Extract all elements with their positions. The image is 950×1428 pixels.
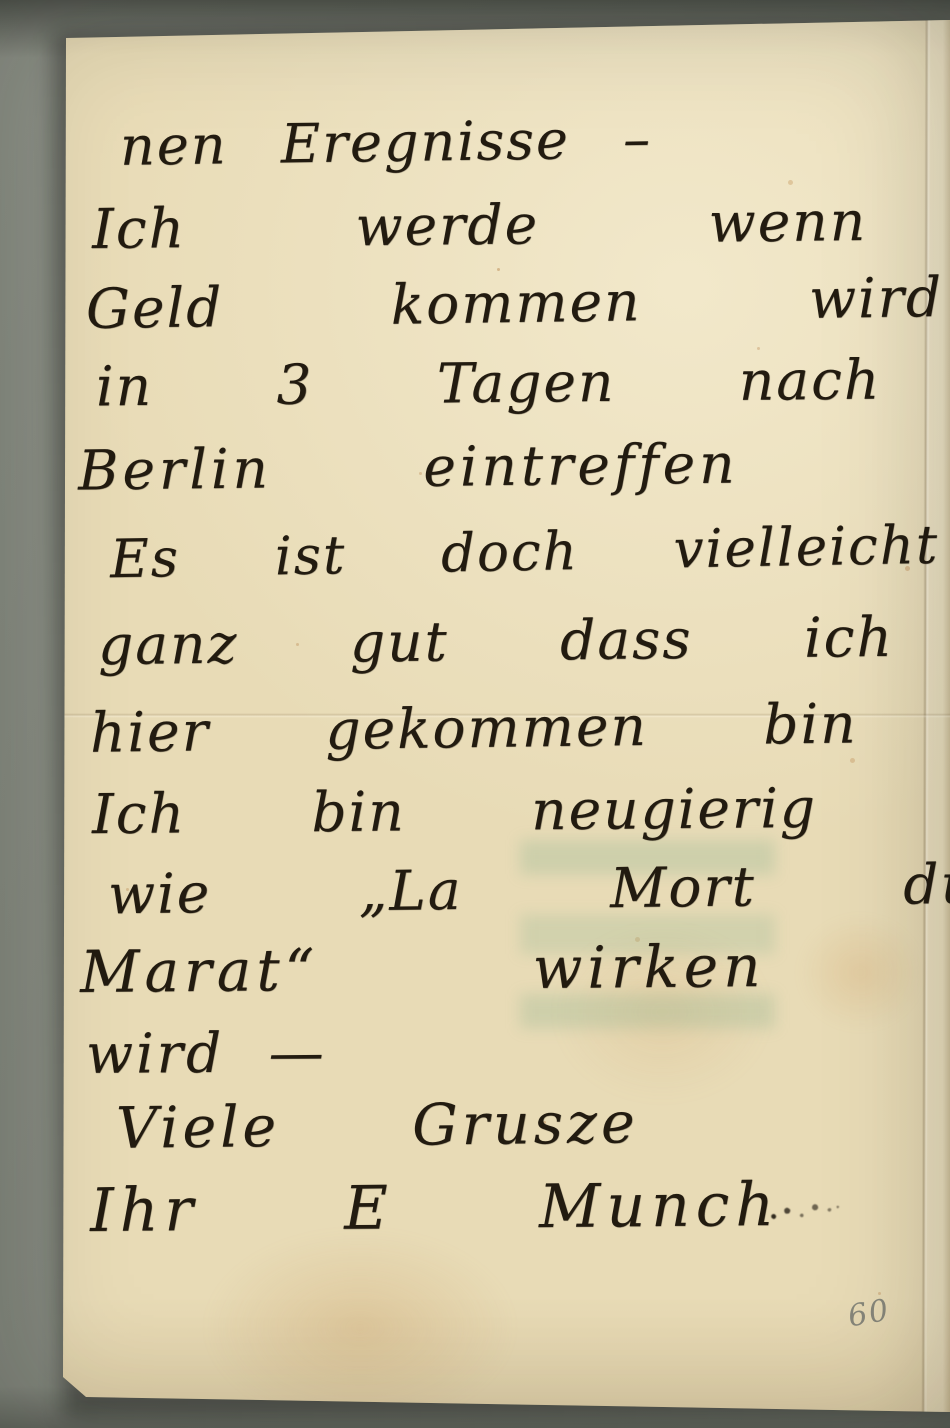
handwriting-line-4: in 3 Tagen nach bbox=[96, 353, 882, 415]
handwriting-line-1: nen Eregnisse – bbox=[120, 112, 653, 173]
handwriting-line-9: Ich bin neugierig bbox=[92, 781, 817, 842]
handwriting-line-3: Geld kommen wird bbox=[86, 270, 944, 337]
handwriting-line-2: Ich werde wenn bbox=[92, 194, 868, 257]
handwriting-line-13: Viele Grusze bbox=[116, 1095, 639, 1157]
handwriting-line-10: wie „La Mort du bbox=[108, 857, 950, 923]
handwriting-line-6: Es ist doch vielleicht bbox=[110, 519, 940, 586]
handwriting-line-11: Marat“ wirken bbox=[80, 937, 766, 1001]
page-number-pencil: 60 bbox=[845, 1293, 893, 1335]
handwriting-line-12: wird — bbox=[86, 1025, 327, 1082]
handwriting-line-5: Berlin eintreffen bbox=[78, 437, 739, 499]
handwriting-line-7: ganz gut dass ich bbox=[98, 610, 894, 673]
handwriting-line-8: hier gekommen bin — bbox=[90, 694, 950, 760]
letter-photograph: nen Eregnisse – Ich werde wenn Geld komm… bbox=[0, 0, 950, 1428]
handwriting-layer: nen Eregnisse – Ich werde wenn Geld komm… bbox=[0, 0, 950, 1428]
handwriting-line-14: Ihr E Munch bbox=[90, 1175, 780, 1241]
